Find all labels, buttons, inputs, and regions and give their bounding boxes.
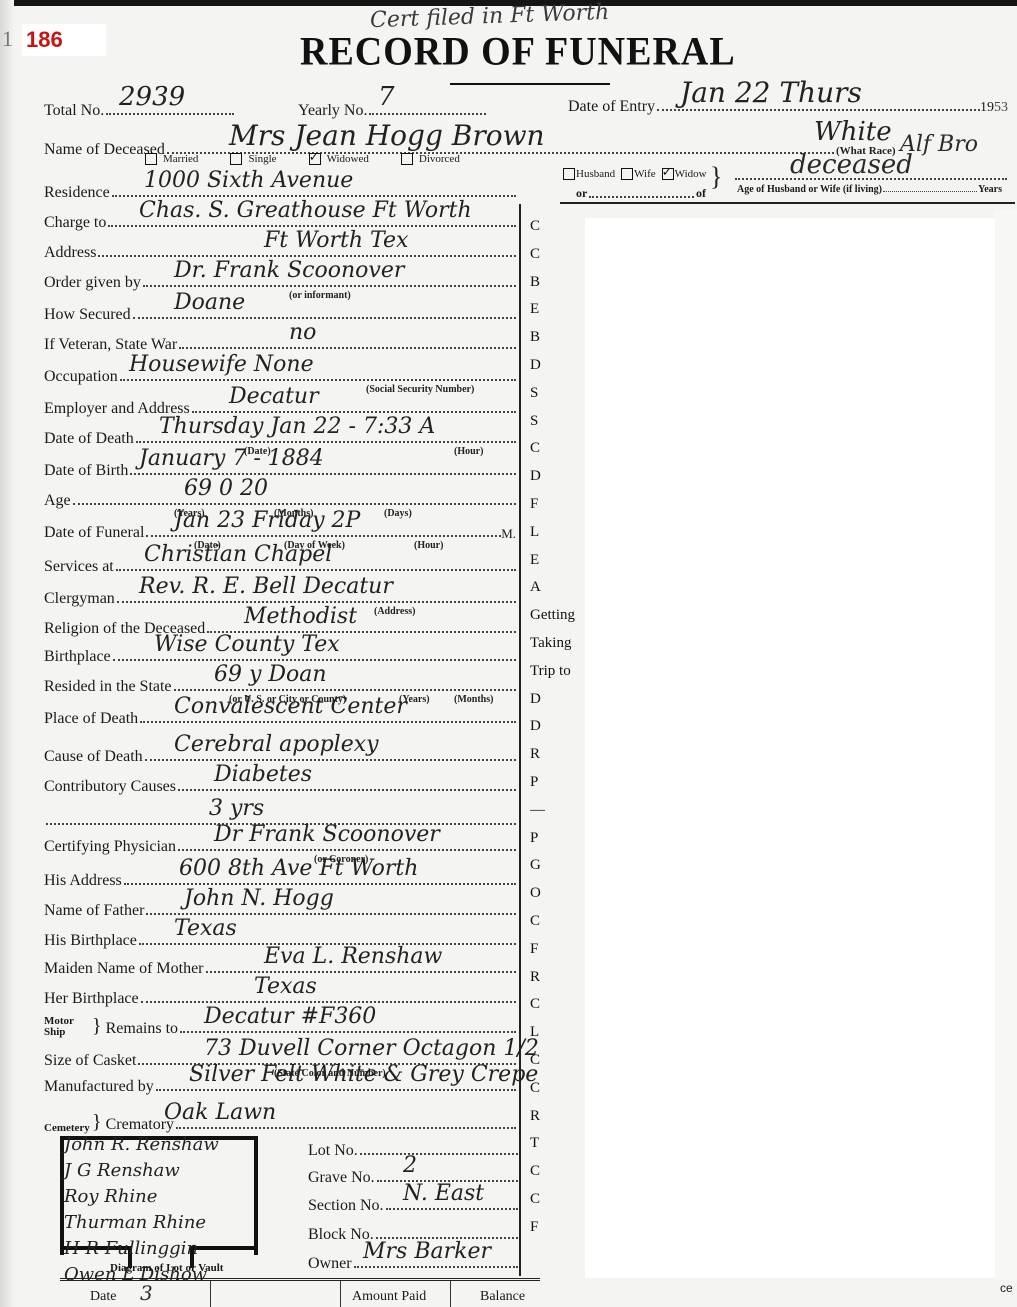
dot-leader	[174, 689, 516, 691]
side-column-letter: C	[530, 913, 540, 930]
checkbox-box[interactable]	[230, 153, 242, 165]
side-column-letter: P	[530, 774, 538, 791]
checkbox-label: Husband	[576, 168, 615, 180]
how-secured-label: How Secured	[44, 306, 131, 324]
side-column-letter: D	[530, 718, 541, 735]
dot-leader	[206, 971, 516, 973]
dot-leader	[143, 285, 516, 287]
side-column-letter: S	[530, 385, 538, 402]
relation-group: Husband Wife Widow	[563, 167, 709, 185]
date-of-birth-field: Date of BirthJanuary 7 - 1884	[44, 456, 516, 480]
place-of-death-label: Place of Death	[44, 710, 138, 728]
dot-leader	[106, 113, 234, 115]
date-of-funeral-value: Jan 23 Friday 2P	[174, 508, 360, 533]
dot-leader	[589, 186, 694, 198]
side-column-letter: T	[530, 1135, 539, 1152]
father-birthplace-value: Texas	[174, 916, 237, 941]
father-value: John N. Hogg	[184, 886, 334, 911]
brace: }	[92, 1111, 102, 1134]
race-value: White	[814, 117, 892, 147]
clergyman-label: Clergyman	[44, 590, 115, 608]
date-of-funeral-caption: (Hour)	[414, 540, 443, 551]
checkbox-box-checked[interactable]	[309, 153, 321, 165]
checkbox-label: Widowed	[327, 153, 369, 165]
remains-to-field: Motor Ship}Remains toDecatur #F360	[44, 1014, 516, 1038]
total-no-field: Total No. 2939	[44, 96, 234, 120]
relation-of-label: of	[696, 186, 706, 201]
mother-birthplace-value: Texas	[254, 974, 317, 999]
age-field: Age69 0 20(Years)(Months)(Days)	[44, 486, 516, 510]
section-no-label: Section No.	[308, 1197, 384, 1215]
dot-leader	[179, 347, 516, 349]
side-column-letter: R	[530, 969, 540, 986]
dot-leader	[133, 317, 516, 319]
relation-brace: }	[710, 162, 722, 192]
widow-checkbox[interactable]: Widow	[662, 168, 707, 180]
date-of-death-value: Thursday Jan 22 - 7:33 A	[159, 414, 435, 439]
section-no-value: N. East	[403, 1181, 484, 1206]
father-label: Name of Father	[44, 902, 144, 920]
occupation-value: Housewife None	[129, 352, 314, 377]
spouse-age-label: Age of Husband or Wife (if living)	[737, 184, 882, 195]
header-rule	[560, 202, 1015, 204]
side-column-letter: E	[530, 301, 539, 318]
amount-paid-header: Amount Paid	[352, 1289, 426, 1305]
side-column-letter: D	[530, 357, 541, 374]
dot-leader	[113, 659, 516, 661]
age-label: Age	[44, 492, 71, 510]
dot-leader	[117, 601, 516, 603]
manufactured-by-label: Manufactured by	[44, 1078, 154, 1096]
checkbox-box[interactable]	[563, 168, 575, 180]
dot-leader	[98, 255, 516, 257]
resided-label: Resided in the State	[44, 678, 172, 696]
occupation-field: OccupationHousewife None(Social Security…	[44, 362, 516, 386]
relation-or-label: or	[576, 186, 587, 201]
date-of-death-field: Date of DeathThursday Jan 22 - 7:33 A(Da…	[44, 424, 516, 448]
owner-value: Mrs Barker	[363, 1239, 491, 1264]
contributory-value: Diabetes	[214, 762, 312, 787]
physician-value: Dr Frank Scoonover	[214, 822, 440, 847]
his-address-label: His Address	[44, 872, 122, 890]
yearly-no-value: 7	[378, 82, 395, 112]
cause-of-death-value: Cerebral apoplexy	[174, 732, 379, 757]
scan-left-shadow	[0, 0, 14, 1307]
side-column-letter: P	[530, 830, 538, 847]
dot-leader	[140, 721, 516, 723]
side-column-letter: C	[530, 1080, 540, 1097]
side-column-letter: C	[530, 440, 540, 457]
physician-field: Certifying PhysicianDr Frank Scoonover(o…	[44, 832, 516, 856]
dot-leader	[176, 1127, 516, 1129]
payments-date-value: 3	[140, 1281, 153, 1305]
side-column-letter: B	[530, 274, 540, 291]
dot-leader	[360, 1153, 518, 1155]
father-field: Name of FatherJohn N. Hogg	[44, 896, 516, 920]
column-divider	[519, 204, 521, 1276]
cemetery-value: Oak Lawn	[164, 1100, 276, 1125]
father-birthplace-label: His Birthplace	[44, 932, 137, 950]
page-title: RECORD OF FUNERAL	[300, 29, 736, 75]
side-column-letter: E	[530, 552, 539, 569]
date-of-entry-value: Jan 22 Thurs	[680, 76, 862, 109]
side-column-letter: Taking	[530, 635, 571, 652]
dot-leader	[130, 473, 516, 475]
title-rule	[450, 83, 610, 85]
side-column-letter: C	[530, 246, 540, 263]
checkbox-label: Widow	[675, 168, 707, 180]
name-of-deceased-value: Mrs Jean Hogg Brown	[229, 119, 545, 152]
lot-no-label: Lot No.	[308, 1142, 358, 1160]
lot-name: Thurman Rhine	[64, 1210, 219, 1236]
dot-leader	[178, 849, 516, 851]
remains-to-prefix: Motor Ship	[44, 1016, 88, 1038]
lot-name: J G Renshaw	[64, 1158, 219, 1184]
lot-name: Roy Rhine	[64, 1184, 219, 1210]
birthplace-value: Wise County Tex	[154, 632, 340, 657]
section-no-field: Section No.N. East	[308, 1191, 518, 1215]
side-column-letter: D	[530, 691, 541, 708]
dot-leader	[146, 913, 516, 915]
total-no-value: 2939	[119, 82, 185, 112]
dot-leader	[178, 789, 516, 791]
dot-leader	[180, 1031, 516, 1033]
side-column-letter: D	[530, 468, 541, 485]
date-of-death-label: Date of Death	[44, 430, 134, 448]
dot-leader	[141, 1001, 516, 1003]
dot-leader	[120, 379, 516, 381]
services-at-label: Services at	[44, 558, 114, 576]
age-value: 69 0 20	[184, 476, 268, 501]
yearly-no-label: Yearly No.	[298, 102, 367, 120]
how-secured-value: Doane	[174, 290, 245, 315]
remains-to-label: Remains to	[106, 1020, 178, 1038]
contributory-field: Contributory CausesDiabetes	[44, 772, 516, 796]
order-given-by-value: Dr. Frank Scoonover	[174, 258, 404, 283]
veteran-value: no	[289, 320, 316, 345]
physician-label: Certifying Physician	[44, 838, 176, 856]
grave-no-label: Grave No.	[308, 1169, 375, 1187]
table-divider	[340, 1281, 341, 1307]
cause-of-death-label: Cause of Death	[44, 748, 143, 766]
manufactured-by-value: Silver Felt White & Grey Crepe	[189, 1062, 538, 1087]
his-address-value: 600 8th Ave Ft Worth	[179, 856, 418, 881]
payments-table: Date 3 Amount Paid Balance	[60, 1278, 540, 1307]
order-given-by-label: Order given by	[44, 274, 141, 292]
contributory-label: Contributory Causes	[44, 778, 176, 796]
occupation-label: Occupation	[44, 368, 118, 386]
dot-leader	[146, 535, 501, 537]
mother-label: Maiden Name of Mother	[44, 960, 204, 978]
checkbox-label: Married	[163, 153, 198, 165]
place-of-death-value: Convalescent Center	[174, 694, 407, 719]
checkbox-box[interactable]	[401, 153, 413, 165]
husband-checkbox[interactable]: Husband	[563, 168, 615, 180]
right-edge-fragment: ce	[1000, 1281, 1013, 1295]
resided-field: Resided in the State69 y Doan(or U. S. o…	[44, 672, 516, 696]
mother-birthplace-label: Her Birthplace	[44, 990, 139, 1008]
spouse-age-field: Age of Husband or Wife (if living) Years	[737, 184, 1002, 195]
dot-leader	[108, 225, 516, 227]
checkbox-label: Divorced	[419, 153, 460, 165]
manufactured-by-field: Manufactured bySilver Felt White & Grey …	[44, 1072, 516, 1096]
side-column-letter: L	[530, 524, 539, 541]
place-of-death-field: Place of DeathConvalescent Center	[44, 704, 516, 728]
widowed-checkbox[interactable]: Widowed	[309, 153, 369, 165]
side-column-letter: L	[530, 1024, 539, 1041]
side-column-letter: R	[530, 1108, 540, 1125]
year-suffix: 53	[994, 100, 1008, 116]
order-given-by-field: Order given byDr. Frank Scoonover(or inf…	[44, 268, 516, 292]
side-column-letter: C	[530, 996, 540, 1013]
casket-size-label: Size of Casket	[44, 1052, 136, 1070]
dot-leader	[73, 503, 516, 505]
table-divider	[210, 1281, 211, 1307]
brace: }	[92, 1015, 102, 1038]
dot-leader	[136, 441, 516, 443]
balance-header: Balance	[480, 1289, 525, 1305]
side-column-letter: C	[530, 1163, 540, 1180]
spouse-age-unit: Years	[978, 184, 1002, 195]
employer-value: Decatur	[229, 384, 319, 409]
contributory-2-value: 3 yrs	[209, 796, 264, 821]
redacted-panel	[585, 218, 995, 1278]
side-column-letter: O	[530, 885, 541, 902]
checkbox-label: Single	[248, 153, 276, 165]
address-label: Address	[44, 244, 96, 262]
dot-leader	[386, 1208, 518, 1210]
checkbox-box-checked[interactable]	[662, 168, 674, 180]
yearly-no-field: Yearly No. 7	[298, 96, 486, 120]
remains-to-value: Decatur #F360	[204, 1004, 376, 1029]
lot-name: H R Fullinggin	[64, 1236, 219, 1262]
clergyman-value: Rev. R. E. Bell Decatur	[139, 574, 393, 599]
side-column-letter: F	[530, 1219, 538, 1236]
grave-no-value: 2	[403, 1153, 417, 1178]
date-of-funeral-field: Date of FuneralM.Jan 23 Friday 2P(Date)(…	[44, 518, 516, 542]
dot-leader	[369, 113, 486, 115]
checkbox-box[interactable]	[621, 168, 633, 180]
mother-value: Eva L. Renshaw	[264, 944, 442, 969]
side-column-letter: G	[530, 857, 541, 874]
dot-leader	[354, 1266, 518, 1268]
religion-value: Methodist	[244, 604, 357, 629]
cemetery-field: Cemetery}CrematoryOak Lawn	[44, 1110, 516, 1134]
charge-to-label: Charge to	[44, 214, 106, 232]
year-prefix: 19	[980, 100, 994, 116]
checkbox-label: Wife	[634, 168, 656, 180]
how-secured-field: How SecuredDoane	[44, 300, 516, 324]
single-checkbox[interactable]: Single	[230, 153, 276, 165]
side-column-letter: C	[530, 218, 540, 235]
married-checkbox[interactable]: Married	[145, 153, 198, 165]
table-divider	[450, 1281, 451, 1307]
side-column-letter: C	[530, 1191, 540, 1208]
side-column-letter: F	[530, 941, 538, 958]
payments-date-label: Date	[90, 1289, 116, 1305]
address-value: Ft Worth Tex	[264, 228, 408, 253]
dot-leader	[156, 1089, 516, 1091]
date-of-birth-value: January 7 - 1884	[139, 446, 324, 471]
checkbox-box[interactable]	[145, 153, 157, 165]
total-no-label: Total No.	[44, 102, 104, 120]
dot-leader	[145, 759, 516, 761]
diagram-caption: Diagram of Lot or Vault	[110, 1262, 223, 1274]
lot-name: John R. Renshaw	[64, 1132, 219, 1158]
page-marker: 186	[22, 24, 106, 56]
owner-label: Owner	[308, 1255, 352, 1273]
residence-label: Residence	[44, 184, 110, 202]
side-column-letter: C	[530, 1052, 540, 1069]
dot-leader	[112, 195, 516, 197]
date-of-funeral-label: Date of Funeral	[44, 524, 144, 542]
side-column-letter: F	[530, 496, 538, 513]
relation-or-of: or of	[576, 186, 706, 201]
wife-checkbox[interactable]: Wife	[621, 168, 656, 180]
casket-size-value: 73 Duvell Corner Octagon 1/2	[204, 1036, 539, 1061]
side-column-letter: Getting	[530, 607, 575, 624]
side-column-letter: R	[530, 746, 540, 763]
side-column-letter: —	[530, 802, 545, 819]
right-edge-strip	[995, 210, 1017, 1280]
dot-leader	[657, 109, 980, 111]
date-of-entry-field: Date of Entry 19 53 Jan 22 Thurs	[568, 92, 1008, 116]
date-of-funeral-suffix: M.	[501, 526, 516, 542]
residence-value: 1000 Sixth Avenue	[144, 168, 353, 193]
dot-leader	[192, 411, 516, 413]
services-at-field: Services atChristian Chapel	[44, 552, 516, 576]
charge-to-value: Chas. S. Greathouse Ft Worth	[139, 198, 472, 223]
edge-fragment: 1	[2, 26, 13, 52]
veteran-field: If Veteran, State Warno	[44, 330, 516, 354]
birthplace-label: Birthplace	[44, 648, 111, 666]
dot-leader	[116, 569, 516, 571]
dot-leader	[883, 184, 977, 192]
services-at-value: Christian Chapel	[144, 542, 332, 567]
side-column-letter: A	[530, 579, 541, 596]
side-column-letter: Trip to	[530, 663, 571, 680]
date-of-birth-label: Date of Birth	[44, 462, 128, 480]
owner-field: OwnerMrs Barker	[308, 1249, 518, 1273]
relation-value: deceased	[790, 150, 913, 180]
side-column-letter: S	[530, 413, 538, 430]
dot-leader	[124, 883, 516, 885]
resided-value: 69 y Doan	[214, 662, 327, 687]
divorced-checkbox[interactable]: Divorced	[401, 153, 460, 165]
date-of-entry-label: Date of Entry	[568, 98, 655, 116]
side-column-letter: B	[530, 329, 540, 346]
